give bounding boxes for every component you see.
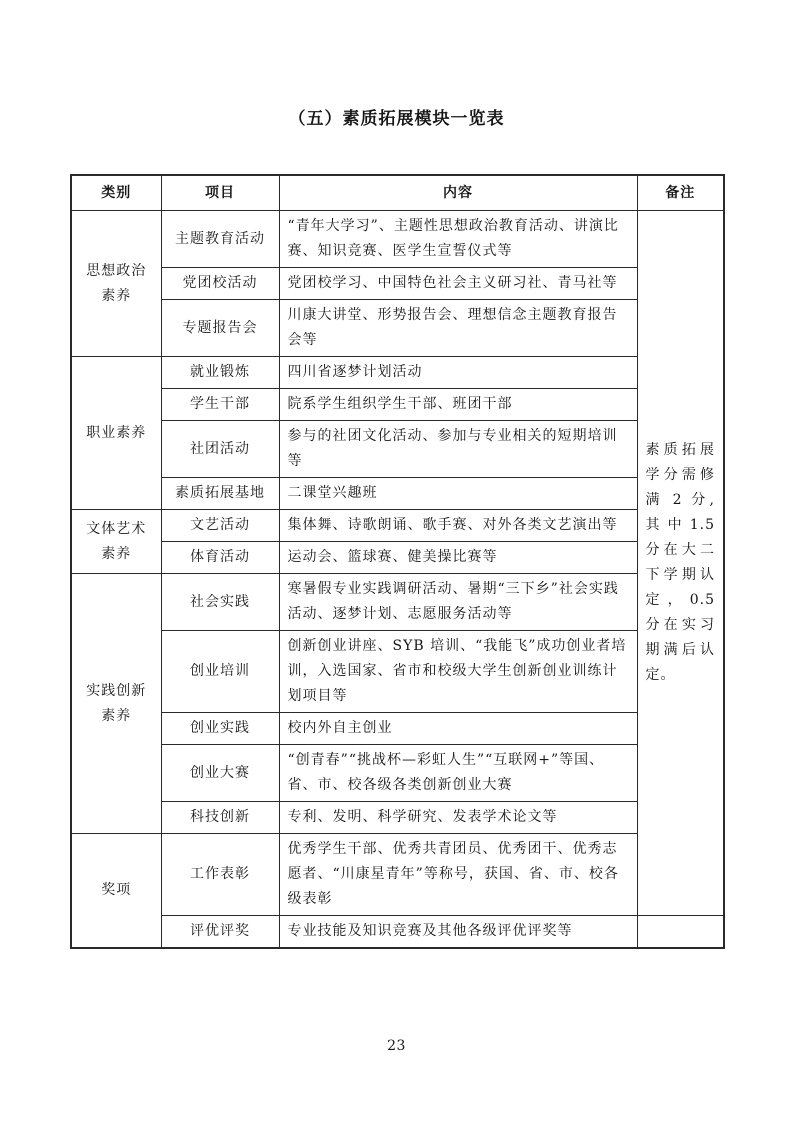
project-cell: 工作表彰 [161,834,279,916]
project-cell: 创业培训 [161,631,279,713]
table-row: 思想政治素养主题教育活动“青年大学习”、主题性思想政治教育活动、讲演比赛、知识竞… [71,211,724,268]
quality-expansion-table: 类别 项目 内容 备注 思想政治素养主题教育活动“青年大学习”、主题性思想政治教… [70,174,725,949]
project-cell: 评优评奖 [161,916,279,949]
project-cell: 党团校活动 [161,268,279,300]
project-cell: 创业大赛 [161,745,279,802]
table-row: 奖项工作表彰优秀学生干部、优秀共青团员、优秀团干、优秀志愿者、“川康星青年”等称… [71,834,724,916]
project-cell: 科技创新 [161,802,279,834]
content-cell: 集体舞、诗歌朗诵、歌手赛、对外各类文艺演出等 [279,510,637,542]
project-cell: 主题教育活动 [161,211,279,268]
project-cell: 社团活动 [161,421,279,478]
table-row: 学生干部院系学生组织学生干部、班团干部 [71,389,724,421]
table-row: 体育活动运动会、篮球赛、健美操比赛等 [71,542,724,574]
project-cell: 体育活动 [161,542,279,574]
col-header-content: 内容 [279,175,637,211]
col-header-remark: 备注 [637,175,724,211]
category-cell: 奖项 [71,834,161,949]
table-row: 专题报告会川康大讲堂、形势报告会、理想信念主题教育报告会等 [71,300,724,357]
project-cell: 专题报告会 [161,300,279,357]
remark-empty-cell [637,916,724,949]
content-cell: 川康大讲堂、形势报告会、理想信念主题教育报告会等 [279,300,637,357]
category-cell: 思想政治素养 [71,211,161,357]
header-row: 类别 项目 内容 备注 [71,175,724,211]
table-row: 创业实践校内外自主创业 [71,713,724,745]
table-row: 社团活动参与的社团文化活动、参加与专业相关的短期培训等 [71,421,724,478]
content-cell: 四川省逐梦计划活动 [279,357,637,389]
category-cell: 文体艺术素养 [71,510,161,574]
project-cell: 创业实践 [161,713,279,745]
content-cell: 寒暑假专业实践调研活动、暑期“三下乡”社会实践活动、逐梦计划、志愿服务活动等 [279,574,637,631]
category-cell: 实践创新素养 [71,574,161,834]
content-cell: 院系学生组织学生干部、班团干部 [279,389,637,421]
page-number: 23 [0,1038,793,1054]
content-cell: 校内外自主创业 [279,713,637,745]
content-cell: 二课堂兴趣班 [279,478,637,510]
document-page: （五）素质拓展模块一览表 类别 项目 内容 备注 思想政治素养主题教育活动“青年… [0,0,793,1122]
table-row: 创业大赛“创青春”“挑战杯—彩虹人生”“互联网+”等国、省、市、校各级各类创新创… [71,745,724,802]
col-header-project: 项目 [161,175,279,211]
table-row: 文体艺术素养文艺活动集体舞、诗歌朗诵、歌手赛、对外各类文艺演出等 [71,510,724,542]
project-cell: 文艺活动 [161,510,279,542]
content-cell: 专业技能及知识竞赛及其他各级评优评奖等 [279,916,637,949]
content-cell: 创新创业讲座、SYB 培训、“我能飞”成功创业者培训，入选国家、省市和校级大学生… [279,631,637,713]
content-cell: “创青春”“挑战杯—彩虹人生”“互联网+”等国、省、市、校各级各类创新创业大赛 [279,745,637,802]
remark-cell: 素质拓展学分需修满 2 分,其中1.5分在大二下学期认定，0.5 分在实习期满后… [637,211,724,916]
table-row: 科技创新专利、发明、科学研究、发表学术论文等 [71,802,724,834]
project-cell: 社会实践 [161,574,279,631]
section-title: （五）素质拓展模块一览表 [0,0,793,132]
table-row: 党团校活动党团校学习、中国特色社会主义研习社、青马社等 [71,268,724,300]
col-header-category: 类别 [71,175,161,211]
content-cell: 运动会、篮球赛、健美操比赛等 [279,542,637,574]
category-cell: 职业素养 [71,357,161,510]
project-cell: 素质拓展基地 [161,478,279,510]
content-cell: 优秀学生干部、优秀共青团员、优秀团干、优秀志愿者、“川康星青年”等称号，获国、省… [279,834,637,916]
project-cell: 学生干部 [161,389,279,421]
content-cell: 专利、发明、科学研究、发表学术论文等 [279,802,637,834]
table-row: 实践创新素养社会实践寒暑假专业实践调研活动、暑期“三下乡”社会实践活动、逐梦计划… [71,574,724,631]
content-cell: 参与的社团文化活动、参加与专业相关的短期培训等 [279,421,637,478]
table-row: 评优评奖专业技能及知识竞赛及其他各级评优评奖等 [71,916,724,949]
table-row: 职业素养就业锻炼四川省逐梦计划活动 [71,357,724,389]
table-row: 素质拓展基地二课堂兴趣班 [71,478,724,510]
content-cell: “青年大学习”、主题性思想政治教育活动、讲演比赛、知识竞赛、医学生宣誓仪式等 [279,211,637,268]
table-row: 创业培训创新创业讲座、SYB 培训、“我能飞”成功创业者培训，入选国家、省市和校… [71,631,724,713]
content-cell: 党团校学习、中国特色社会主义研习社、青马社等 [279,268,637,300]
project-cell: 就业锻炼 [161,357,279,389]
